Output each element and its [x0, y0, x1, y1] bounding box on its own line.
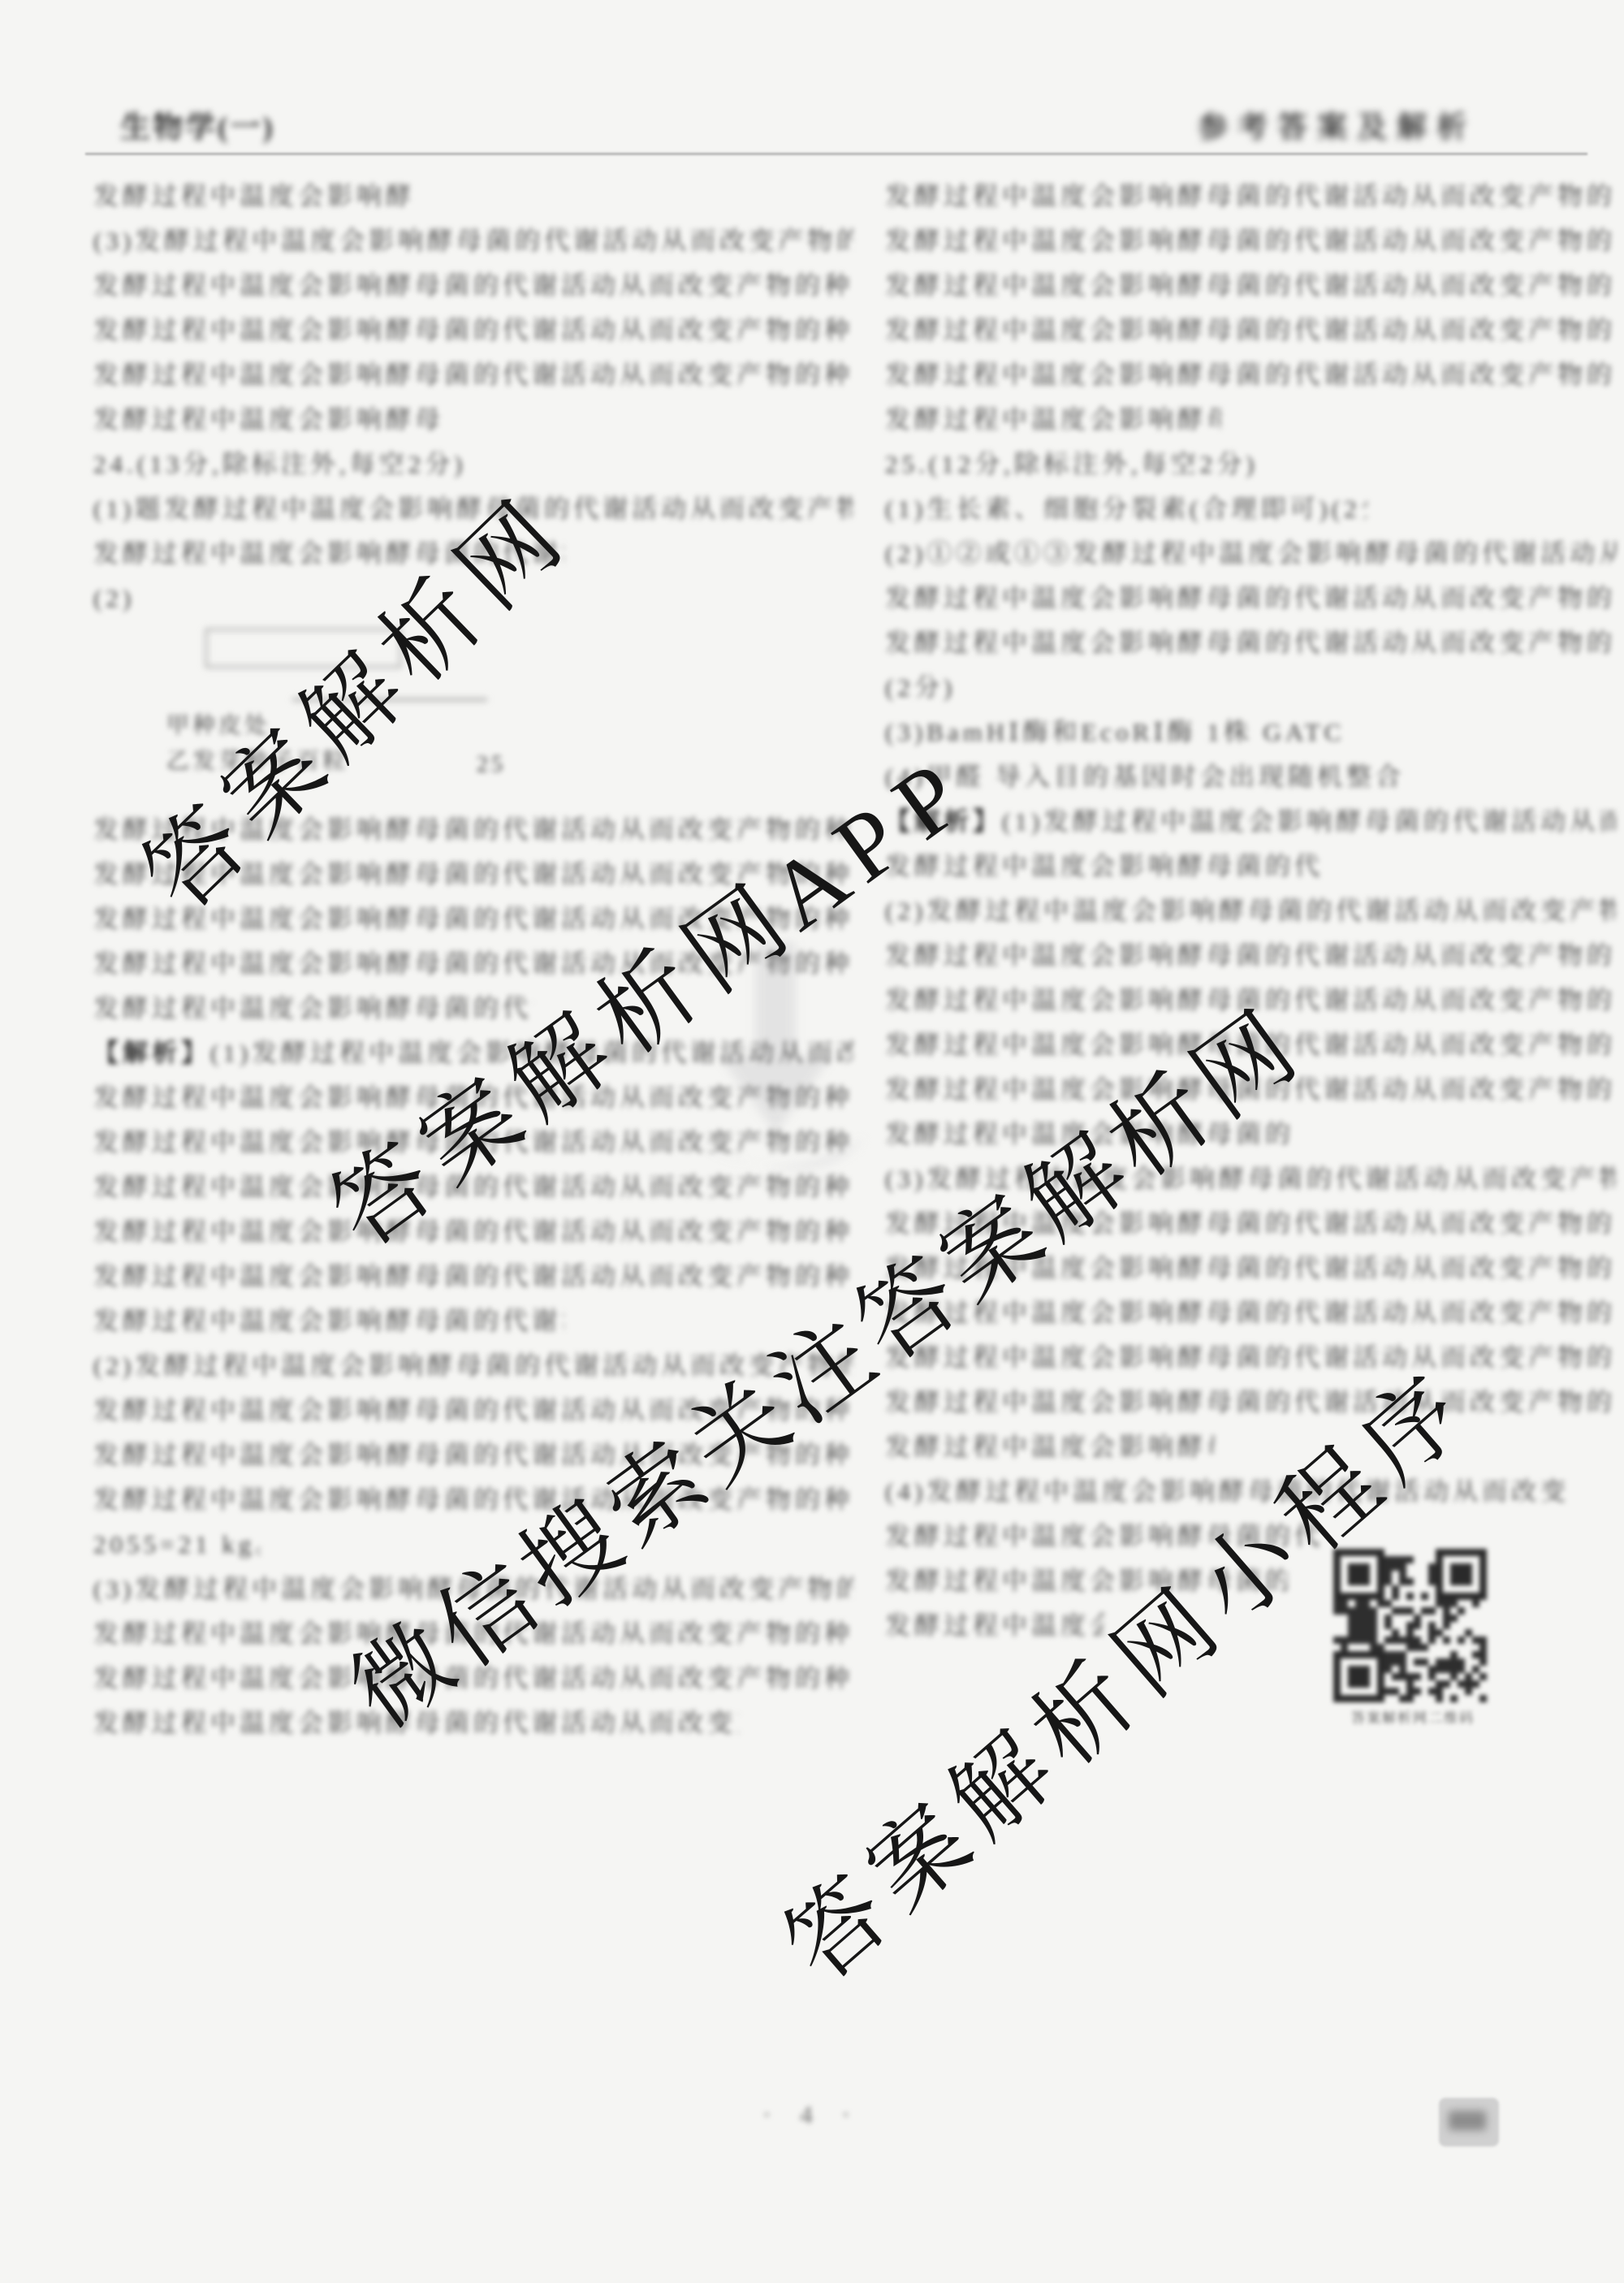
corner-badge [1439, 2098, 1499, 2147]
body-line: 【解析】(1)发酵过程中温度会影响酵母菌的代谢活动从而改变产物的种类和数量因此需… [885, 806, 1616, 838]
body-line: (3)发酵过程中温度会影响酵母菌的代谢活动从而改变产物的种类和数量因此需要严格控… [93, 225, 853, 257]
body-line: (3)BamHⅠ酶和EcoRⅠ酶 1株 GATC [885, 716, 1397, 749]
body-line: 24.(13分,除标注外,每空2分) [93, 448, 503, 481]
header-rule [85, 153, 1587, 155]
body-line: 发酵过程中温度会影响酵母菌的代谢活动从而改变产物的种类和数量因此需要严格控制温度… [885, 582, 1616, 615]
body-line: 发酵过程中温度会影响酵母菌的代谢活动从而改变产物的种类和数量因此需要严格控制温度… [93, 270, 853, 302]
diagram-mark: 25 [477, 750, 525, 780]
body-line: 发酵过程中温度会影响酵母菌的代谢活动从而改变产物的种类和数量因此需要严格控制温度… [93, 992, 533, 1025]
body-line: 发酵过程中温度会影响酵母菌的代谢活动从而改变产物的种类和数量因此需要严格控制温度… [93, 404, 443, 436]
body-line: (1)生长素、细胞分裂素(合理即可)(2分) [885, 493, 1367, 525]
body-line: 发酵过程中温度会影响酵母菌的代谢活动从而改变产物的种类和数量因此需要严格控制温度… [885, 225, 1616, 257]
body-line: 发酵过程中温度会影响酵母菌的代谢活动从而改变产物的种类和数量因此需要严格控制温度… [93, 314, 853, 347]
body-line: 发酵过程中温度会影响酵母菌的代谢活动从而改变产物的种类和数量因此需要严格控制温度… [885, 940, 1616, 972]
body-line: 发酵过程中温度会影响酵母菌的代谢活动从而改变产物的种类和数量因此需要严格控制温度… [885, 1342, 1616, 1374]
body-line: 发酵过程中温度会影响酵母菌的代谢活动从而改变产物的种类和数量因此需要严格控制温度… [885, 404, 1221, 436]
body-line: (4)甲醛 导入目的基因时会出现随机整合 [885, 761, 1440, 793]
body-line: (2)发酵过程中温度会影响酵母菌的代谢活动从而改变产物的种类和数量因此需要严格控… [885, 895, 1616, 927]
page-number: · 4 · [755, 2100, 869, 2130]
body-line: (2分) [885, 672, 973, 704]
body-line: 25.(12分,除标注外,每空2分) [885, 448, 1280, 481]
body-line: 发酵过程中温度会影响酵母菌的代谢活动从而改变产物的种类和数量因此需要严格控制温度… [885, 314, 1616, 347]
body-line: (2)①②或①③发酵过程中温度会影响酵母菌的代谢活动从而改变产物的种类和数量因此… [885, 538, 1616, 570]
qr-code [1329, 1549, 1492, 1716]
body-line: (2) [93, 582, 170, 615]
body-line: 发酵过程中温度会影响酵母菌的代谢活动从而改变产物的种类和数量因此需要严格控制温度… [885, 1431, 1214, 1464]
body-line: 发酵过程中温度会影响酵母菌的代谢活动从而改变产物的种类和数量因此需要严格控制温度… [885, 627, 1616, 659]
header-subject-title: 生物学(一) [120, 102, 275, 146]
right-column: 发酵过程中温度会影响酵母菌的代谢活动从而改变产物的种类和数量因此需要严格控制温度… [885, 180, 1616, 1654]
qr-caption: 答案解析网二维码 [1348, 1709, 1478, 1728]
body-line: 发酵过程中温度会影响酵母菌的代谢活动从而改变产物的种类和数量因此需要严格控制温度… [93, 1216, 853, 1248]
body-line: 发酵过程中温度会影响酵母菌的代谢活动从而改变产物的种类和数量因此需要严格控制温度… [93, 180, 412, 213]
badge-smudge [1449, 2111, 1486, 2130]
qr-code-pattern [1333, 1549, 1487, 1702]
body-line: 发酵过程中温度会影响酵母菌的代谢活动从而改变产物的种类和数量因此需要严格控制温度… [885, 270, 1616, 302]
body-line: 2055=21 kg。 [93, 1528, 261, 1561]
body-line: 发酵过程中温度会影响酵母菌的代谢活动从而改变产物的种类和数量因此需要严格控制温度… [93, 1305, 564, 1338]
body-line: 发酵过程中温度会影响酵母菌的代谢活动从而改变产物的种类和数量因此需要严格控制温度… [885, 180, 1616, 213]
header-answers-title: 参考答案及解析 [1198, 102, 1476, 146]
body-line: 发酵过程中温度会影响酵母菌的代谢活动从而改变产物的种类和数量因此需要严格控制温度… [93, 359, 853, 391]
body-line: 发酵过程中温度会影响酵母菌的代谢活动从而改变产物的种类和数量因此需要严格控制温度… [885, 359, 1616, 391]
document-page: 生物学(一) 参考答案及解析 发酵过程中温度会影响酵母菌的代谢活动从而改变产物的… [0, 0, 1624, 2283]
body-line: 发酵过程中温度会影响酵母菌的代谢活动从而改变产物的种类和数量因此需要严格控制温度… [885, 1386, 1616, 1419]
body-line: 发酵过程中温度会影响酵母菌的代谢活动从而改变产物的种类和数量因此需要严格控制温度… [93, 1260, 853, 1293]
